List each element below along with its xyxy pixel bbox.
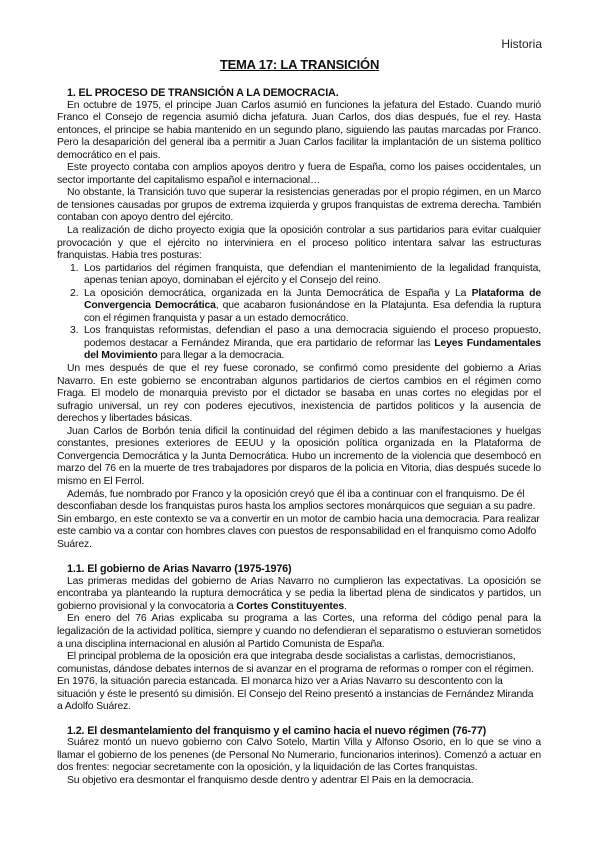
subject-header: Historia [501,37,542,51]
section-heading-1: 1. EL PROCESO DE TRANSICIÓN A LA DEMOCRA… [57,87,541,100]
paragraph: En octubre de 1975, el principe Juan Car… [57,100,541,163]
paragraph: La realización de dicho proyecto exigia … [57,225,541,263]
list-number: 3. [70,325,78,338]
list-text: Los partidarios del régimen franquista, … [84,263,541,287]
list-text: La oposición democrática, organizada en … [84,288,472,299]
paragraph: Un mes después de que el rey fuese coron… [57,363,541,426]
spacer [57,714,541,725]
section-heading-1-1: 1.1. El gobierno de Arias Navarro (1975-… [57,563,541,576]
section-heading-1-2: 1.2. El desmantelamiento del franquismo … [57,725,541,738]
bold-term: Cortes Constituyentes [236,601,344,612]
document-page: Historia TEMA 17: LA TRANSICIÓN 1. EL PR… [0,0,599,848]
list-item: 2. La oposición democrática, organizada … [57,288,541,326]
paragraph: Además, fue nombrado por Franco y la opo… [57,489,541,552]
paragraph: Suárez montó un nuevo gobierno con Calvo… [57,737,541,775]
list-item: 1. Los partidarios del régimen franquist… [57,263,541,288]
list-number: 2. [70,288,78,301]
spacer [57,551,541,563]
paragraph: En enero del 76 Arias explicaba su progr… [57,613,541,651]
postures-list: 1. Los partidarios del régimen franquist… [57,263,541,363]
paragraph-text: . [344,601,347,612]
list-text: para llegar a la democracia. [158,350,285,361]
paragraph: Este proyecto contaba con amplios apoyos… [57,162,541,187]
list-item: 3. Los franquistas reformistas, defendia… [57,325,541,363]
paragraph: El principal problema de la oposición er… [57,651,541,714]
list-number: 1. [70,263,78,276]
paragraph: No obstante, la Transición tuvo que supe… [57,187,541,225]
paragraph: Su objetivo era desmontar el franquismo … [57,775,541,788]
document-title: TEMA 17: LA TRANSICIÓN [0,57,599,72]
paragraph: Las primeras medidas del gobierno de Ari… [57,576,541,614]
document-body: 1. EL PROCESO DE TRANSICIÓN A LA DEMOCRA… [57,87,541,788]
paragraph: Juan Carlos de Borbón tenia dificil la c… [57,426,541,489]
